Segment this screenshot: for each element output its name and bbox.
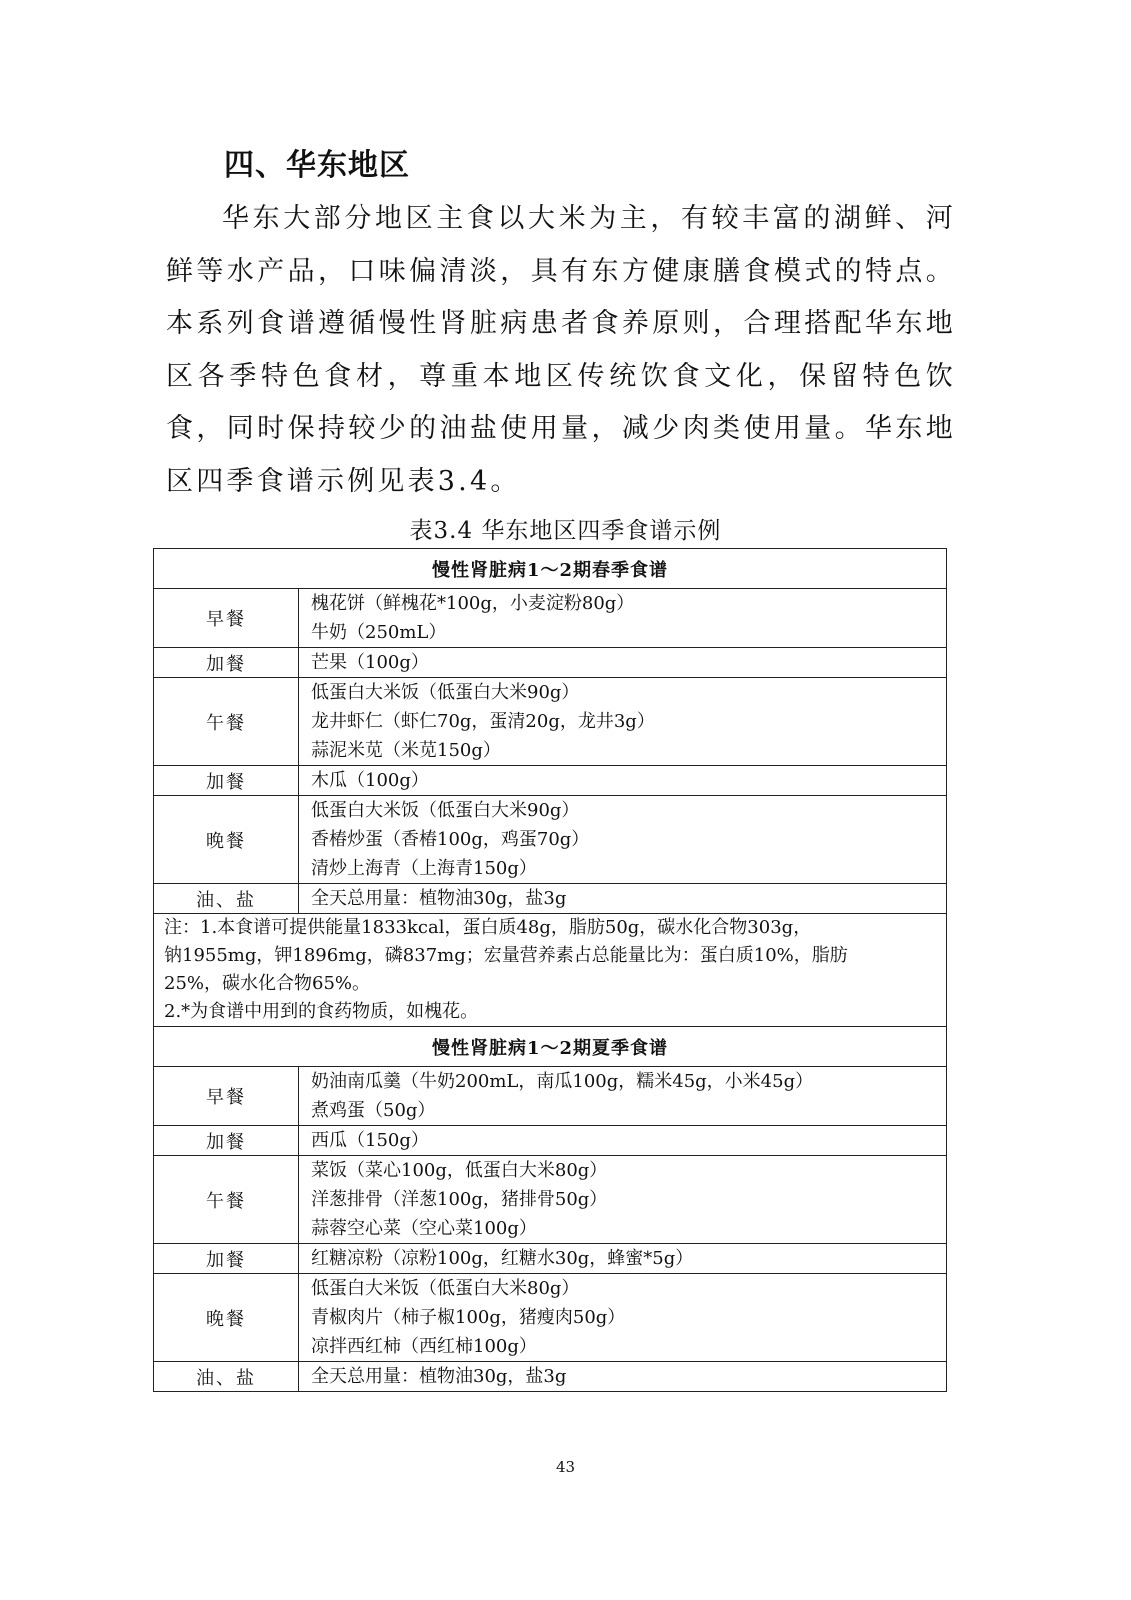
table-row: 早餐奶油南瓜羹（牛奶200mL，南瓜100g，糯米45g，小米45g）煮鸡蛋（5… [154, 1067, 947, 1126]
dish-item: 低蛋白大米饭（低蛋白大米80g） [311, 1274, 946, 1303]
table-row: 午餐菜饭（菜心100g，低蛋白大米80g）洋葱排骨（洋葱100g，猪排骨50g）… [154, 1156, 947, 1244]
meal-items: 全天总用量：植物油30g，盐3g [299, 1362, 947, 1392]
dish-item: 全天总用量：植物油30g，盐3g [311, 884, 946, 913]
dish-item: 龙井虾仁（虾仁70g，蛋清20g，龙井3g） [311, 707, 946, 736]
meal-name: 加餐 [154, 1244, 299, 1274]
meal-items: 木瓜（100g） [299, 766, 947, 796]
dish-item: 芒果（100g） [311, 648, 946, 677]
meal-name: 早餐 [154, 1067, 299, 1126]
dish-item: 蒜蓉空心菜（空心菜100g） [311, 1214, 946, 1243]
season-header-row: 慢性肾脏病1～2期夏季食谱 [154, 1027, 947, 1067]
table-row: 油、盐全天总用量：植物油30g，盐3g [154, 1362, 947, 1392]
seasonal-menu-table: 慢性肾脏病1～2期春季食谱早餐槐花饼（鲜槐花*100g，小麦淀粉80g）牛奶（2… [153, 548, 947, 1392]
season-header-row: 慢性肾脏病1～2期春季食谱 [154, 549, 947, 589]
meal-name: 油、盐 [154, 884, 299, 914]
meal-name: 加餐 [154, 1126, 299, 1156]
meal-items: 低蛋白大米饭（低蛋白大米80g）青椒肉片（柿子椒100g，猪瘦肉50g）凉拌西红… [299, 1274, 947, 1362]
table-row: 加餐芒果（100g） [154, 648, 947, 678]
meal-name: 午餐 [154, 1156, 299, 1244]
meal-items: 西瓜（150g） [299, 1126, 947, 1156]
dish-item: 低蛋白大米饭（低蛋白大米90g） [311, 678, 946, 707]
note-line: 2.*为食谱中用到的食药物质，如槐花。 [164, 998, 946, 1026]
dish-item: 香椿炒蛋（香椿100g，鸡蛋70g） [311, 825, 946, 854]
table-row: 晚餐低蛋白大米饭（低蛋白大米80g）青椒肉片（柿子椒100g，猪瘦肉50g）凉拌… [154, 1274, 947, 1362]
table-row: 加餐木瓜（100g） [154, 766, 947, 796]
dish-item: 槐花饼（鲜槐花*100g，小麦淀粉80g） [311, 589, 946, 618]
table-row: 油、盐全天总用量：植物油30g，盐3g [154, 884, 947, 914]
notes-row: 注：1.本食谱可提供能量1833kcal，蛋白质48g，脂肪50g，碳水化合物3… [154, 914, 947, 1027]
meal-items: 奶油南瓜羹（牛奶200mL，南瓜100g，糯米45g，小米45g）煮鸡蛋（50g… [299, 1067, 947, 1126]
section-heading: 四、华东地区 [224, 140, 410, 184]
meal-name: 午餐 [154, 678, 299, 766]
season-title: 慢性肾脏病1～2期夏季食谱 [154, 1027, 947, 1067]
meal-name: 加餐 [154, 648, 299, 678]
dish-item: 煮鸡蛋（50g） [311, 1096, 946, 1125]
meal-name: 晚餐 [154, 1274, 299, 1362]
dish-item: 洋葱排骨（洋葱100g，猪排骨50g） [311, 1185, 946, 1214]
dish-item: 清炒上海青（上海青150g） [311, 854, 946, 883]
nutrition-notes: 注：1.本食谱可提供能量1833kcal，蛋白质48g，脂肪50g，碳水化合物3… [154, 914, 947, 1027]
dish-item: 低蛋白大米饭（低蛋白大米90g） [311, 796, 946, 825]
intro-paragraph: 华东大部分地区主食以大米为主，有较丰富的湖鲜、河鲜等水产品，口味偏清淡，具有东方… [166, 193, 956, 508]
season-title: 慢性肾脏病1～2期春季食谱 [154, 549, 947, 589]
meal-items: 红糖凉粉（凉粉100g，红糖水30g，蜂蜜*5g） [299, 1244, 947, 1274]
dish-item: 木瓜（100g） [311, 766, 946, 795]
note-line: 25%，碳水化合物65%。 [164, 970, 946, 998]
meal-items: 低蛋白大米饭（低蛋白大米90g）香椿炒蛋（香椿100g，鸡蛋70g）清炒上海青（… [299, 796, 947, 884]
dish-item: 青椒肉片（柿子椒100g，猪瘦肉50g） [311, 1303, 946, 1332]
meal-name: 晚餐 [154, 796, 299, 884]
dish-item: 奶油南瓜羹（牛奶200mL，南瓜100g，糯米45g，小米45g） [311, 1067, 946, 1096]
table-caption: 表3.4 华东地区四季食谱示例 [0, 512, 1131, 545]
dish-item: 菜饭（菜心100g，低蛋白大米80g） [311, 1156, 946, 1185]
meal-items: 全天总用量：植物油30g，盐3g [299, 884, 947, 914]
meal-items: 菜饭（菜心100g，低蛋白大米80g）洋葱排骨（洋葱100g，猪排骨50g）蒜蓉… [299, 1156, 947, 1244]
dish-item: 红糖凉粉（凉粉100g，红糖水30g，蜂蜜*5g） [311, 1244, 946, 1273]
dish-item: 牛奶（250mL） [311, 618, 946, 647]
table-row: 晚餐低蛋白大米饭（低蛋白大米90g）香椿炒蛋（香椿100g，鸡蛋70g）清炒上海… [154, 796, 947, 884]
note-line: 钠1955mg，钾1896mg，磷837mg；宏量营养素占总能量比为：蛋白质10… [164, 942, 946, 970]
table-row: 加餐红糖凉粉（凉粉100g，红糖水30g，蜂蜜*5g） [154, 1244, 947, 1274]
table-row: 加餐西瓜（150g） [154, 1126, 947, 1156]
dish-item: 全天总用量：植物油30g，盐3g [311, 1362, 946, 1391]
meal-name: 加餐 [154, 766, 299, 796]
meal-name: 油、盐 [154, 1362, 299, 1392]
table-row: 早餐槐花饼（鲜槐花*100g，小麦淀粉80g）牛奶（250mL） [154, 589, 947, 648]
dish-item: 凉拌西红柿（西红柿100g） [311, 1332, 946, 1361]
dish-item: 蒜泥米苋（米苋150g） [311, 736, 946, 765]
note-line: 注：1.本食谱可提供能量1833kcal，蛋白质48g，脂肪50g，碳水化合物3… [164, 914, 946, 942]
meal-items: 芒果（100g） [299, 648, 947, 678]
table-row: 午餐低蛋白大米饭（低蛋白大米90g）龙井虾仁（虾仁70g，蛋清20g，龙井3g）… [154, 678, 947, 766]
meal-items: 槐花饼（鲜槐花*100g，小麦淀粉80g）牛奶（250mL） [299, 589, 947, 648]
meal-name: 早餐 [154, 589, 299, 648]
dish-item: 西瓜（150g） [311, 1126, 946, 1155]
page-number: 43 [0, 1458, 1131, 1476]
meal-items: 低蛋白大米饭（低蛋白大米90g）龙井虾仁（虾仁70g，蛋清20g，龙井3g）蒜泥… [299, 678, 947, 766]
